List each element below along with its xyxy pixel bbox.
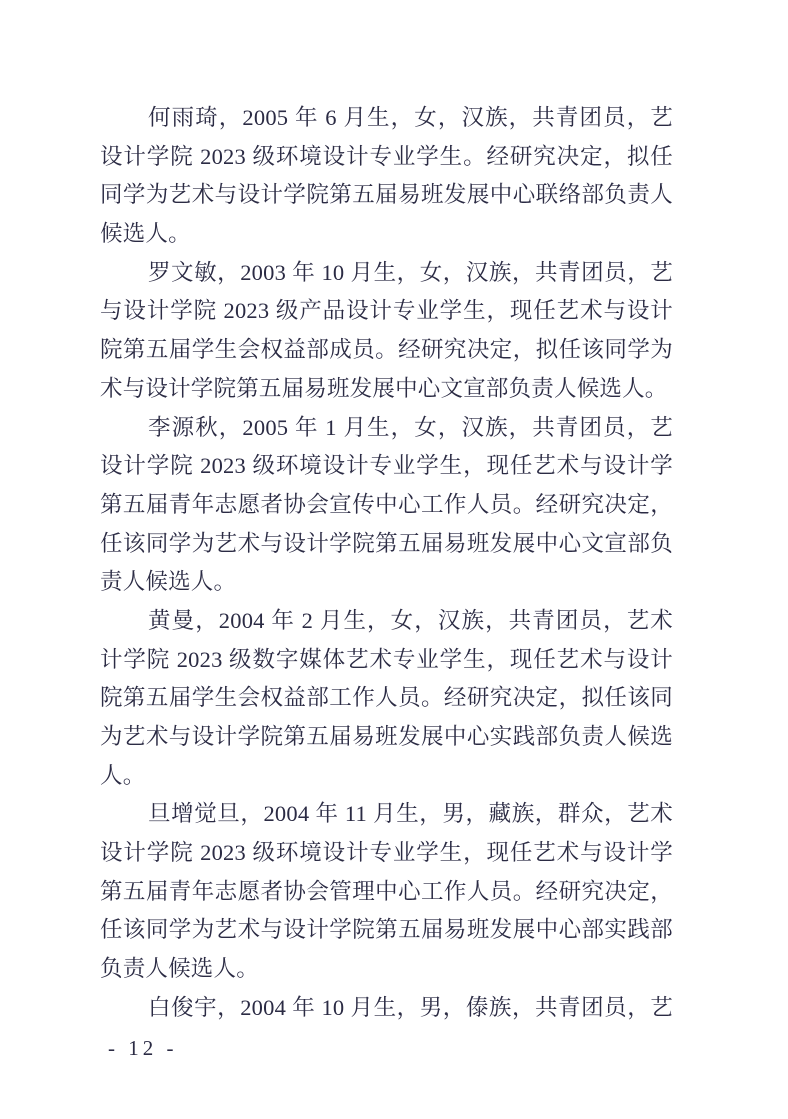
paragraph: 旦增觉旦，2004 年 11 月生，男，藏族，群众，艺术与设计学院 2023 级… <box>100 795 673 988</box>
text-line: 同学为艺术与设计学院第五届易班发展中心联络部负责人 <box>100 176 673 215</box>
text-line: 院第五届学生会权益部成员。经研究决定，拟任该同学为艺 <box>100 331 673 370</box>
paragraph: 李源秋，2005 年 1 月生，女，汉族，共青团员，艺术与设计学院 2023 级… <box>100 409 673 602</box>
text-line: 为艺术与设计学院第五届易班发展中心实践部负责人候选 <box>100 718 673 757</box>
page-number: - 12 - <box>108 1033 178 1063</box>
text-line: 人。 <box>100 757 673 796</box>
text-line: 术与设计学院第五届易班发展中心文宣部负责人候选人。 <box>100 370 673 409</box>
text-line: 与设计学院 2023 级产品设计专业学生，现任艺术与设计学 <box>100 292 673 331</box>
text-line: 白俊宇，2004 年 10 月生，男，傣族，共青团员，艺术 <box>100 989 673 1028</box>
text-line: 任该同学为艺术与设计学院第五届易班发展中心部实践部 <box>100 911 673 950</box>
text-line: 责人候选人。 <box>100 563 673 602</box>
text-line: 第五届青年志愿者协会宣传中心工作人员。经研究决定，拟 <box>100 486 673 525</box>
text-line: 负责人候选人。 <box>100 950 673 989</box>
text-line: 院第五届学生会权益部工作人员。经研究决定，拟任该同学 <box>100 679 673 718</box>
paragraph: 何雨琦，2005 年 6 月生，女，汉族，共青团员，艺术与设计学院 2023 级… <box>100 99 673 254</box>
text-line: 计学院 2023 级数字媒体艺术专业学生，现任艺术与设计学 <box>100 641 673 680</box>
text-line: 候选人。 <box>100 215 673 254</box>
text-line: 李源秋，2005 年 1 月生，女，汉族，共青团员，艺术与 <box>100 409 673 448</box>
text-line: 任该同学为艺术与设计学院第五届易班发展中心文宣部负 <box>100 525 673 564</box>
paragraph: 黄曼，2004 年 2 月生，女，汉族，共青团员，艺术与设计学院 2023 级数… <box>100 602 673 795</box>
text-line: 何雨琦，2005 年 6 月生，女，汉族，共青团员，艺术与 <box>100 99 673 138</box>
text-line: 设计学院 2023 级环境设计专业学生，现任艺术与设计学院 <box>100 447 673 486</box>
text-line: 设计学院 2023 级环境设计专业学生，现任艺术与设计学院 <box>100 834 673 873</box>
text-line: 旦增觉旦，2004 年 11 月生，男，藏族，群众，艺术与 <box>100 795 673 834</box>
text-line: 罗文敏，2003 年 10 月生，女，汉族，共青团员，艺术 <box>100 254 673 293</box>
paragraph: 白俊宇，2004 年 10 月生，男，傣族，共青团员，艺术 <box>100 989 673 1028</box>
text-line: 第五届青年志愿者协会管理中心工作人员。经研究决定，拟 <box>100 873 673 912</box>
text-line: 黄曼，2004 年 2 月生，女，汉族，共青团员，艺术与设 <box>100 602 673 641</box>
paragraph: 罗文敏，2003 年 10 月生，女，汉族，共青团员，艺术与设计学院 2023 … <box>100 254 673 409</box>
document-page: 何雨琦，2005 年 6 月生，女，汉族，共青团员，艺术与设计学院 2023 级… <box>0 0 788 1119</box>
document-body: 何雨琦，2005 年 6 月生，女，汉族，共青团员，艺术与设计学院 2023 级… <box>100 99 673 1028</box>
text-line: 设计学院 2023 级环境设计专业学生。经研究决定，拟任该 <box>100 138 673 177</box>
